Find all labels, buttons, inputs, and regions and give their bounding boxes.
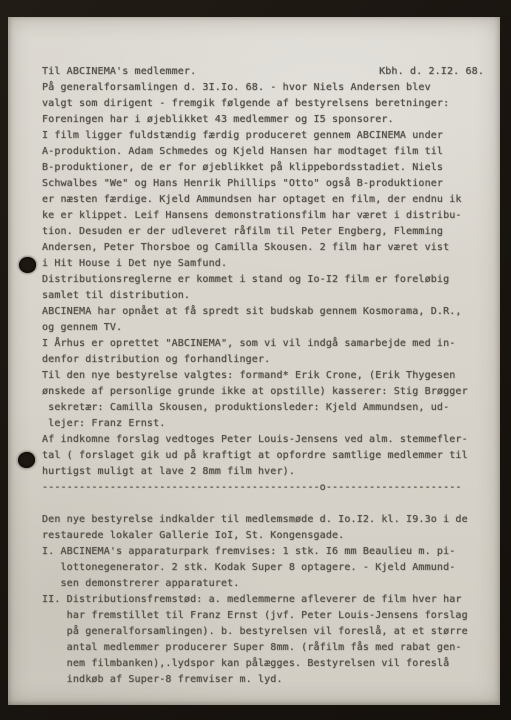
letter-body: På generalforsamlingen d. 3I.Io. 68. - h… [42,80,484,688]
scanned-photo-background: Til ABCINEMA's medlemmer. Kbh. d. 2.I2. … [0,0,511,720]
punch-hole-top [18,256,37,274]
recipient-line: Til ABCINEMA's medlemmer. [42,64,196,80]
paper: Til ABCINEMA's medlemmer. Kbh. d. 2.I2. … [8,17,500,705]
letter-header: Til ABCINEMA's medlemmer. Kbh. d. 2.I2. … [42,64,484,80]
date-line: Kbh. d. 2.I2. 68. [379,64,484,80]
typed-letter: Til ABCINEMA's medlemmer. Kbh. d. 2.I2. … [42,64,484,688]
punch-hole-bottom [17,451,36,469]
